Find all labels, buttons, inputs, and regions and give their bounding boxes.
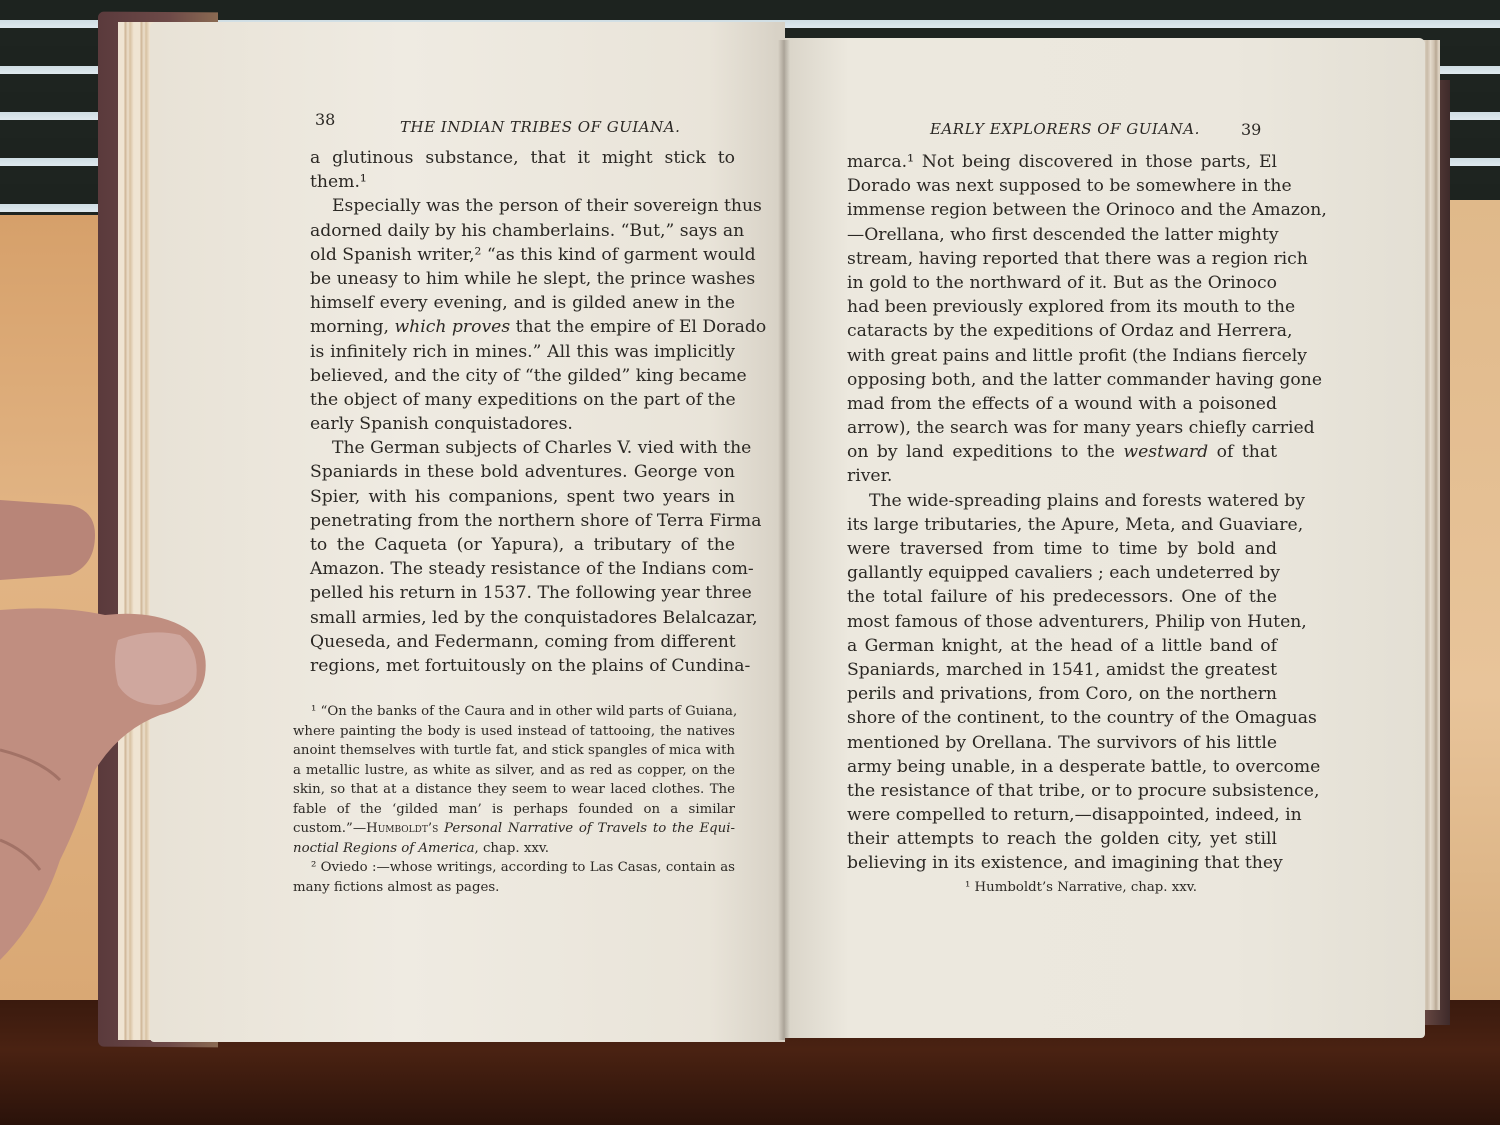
book-title: Personal Narrative of Travels to the Equ… [438,821,735,836]
italic-text: which proves [394,317,510,337]
hand-holding-book [0,500,215,960]
text-line: on by land expeditions to the westward o… [847,440,1277,464]
footnote-line: ² Oviedo :—whose writings, according to … [293,858,735,878]
text-line: regions, met fortuitously on the plains … [310,654,735,678]
text-line: morning, which proves that the empire of… [310,315,735,339]
text-line: had been previously explored from its mo… [847,295,1277,319]
text-line: with great pains and little profit (the … [847,344,1277,368]
running-head-title: EARLY EXPLORERS OF GUIANA. [930,120,1200,138]
text-line: —Orellana, who first descended the latte… [847,223,1277,247]
footnote-line: skin, so that at a distance they seem to… [293,780,735,800]
text-line: to the Caqueta (or Yapura), a tributary … [310,533,735,557]
text-line: penetrating from the northern shore of T… [310,509,735,533]
page-number-right: 39 [1241,120,1261,139]
author-name: Humboldt’s [366,821,438,836]
text-line: the total failure of his predecessors. O… [847,585,1277,609]
footnote-line: ¹ Humboldt’s Narrative, chap. xxv. [965,878,1265,898]
text-line: immense region between the Orinoco and t… [847,198,1277,222]
text-line: Spaniards, marched in 1541, amidst the g… [847,658,1277,682]
text-line: The German subjects of Charles V. vied w… [310,436,735,460]
text-line: The wide-spreading plains and forests wa… [847,489,1277,513]
footnotes-right: ¹ Humboldt’s Narrative, chap. xxv. [965,878,1265,898]
text-span: , chap. xxv. [475,841,550,856]
text-line: them.¹ [310,170,735,194]
text-line: river. [847,464,1277,488]
text-line: most famous of those adventurers, Philip… [847,610,1277,634]
body-text-right: marca.¹ Not being discovered in those pa… [847,150,1277,876]
text-line: small armies, led by the conquistadores … [310,606,735,630]
text-line: mentioned by Orellana. The survivors of … [847,731,1277,755]
text-line: arrow), the search was for many years ch… [847,416,1277,440]
text-line: were traversed from time to time by bold… [847,537,1277,561]
text-line: Amazon. The steady resistance of the Ind… [310,557,735,581]
right-page: EARLY EXPLORERS OF GUIANA. 39 marca.¹ No… [785,38,1425,1038]
book-title: noctial Regions of America [293,841,475,856]
text-line: the resistance of that tribe, or to proc… [847,779,1277,803]
text-span: that the empire of El Dorado [510,317,766,337]
running-head-left: THE INDIAN TRIBES OF GUIANA. [400,118,680,136]
footnote-line: ¹ “On the banks of the Caura and in othe… [293,702,735,722]
text-line: believing in its existence, and imaginin… [847,851,1277,875]
text-line: Especially was the person of their sover… [310,194,735,218]
running-head-right: EARLY EXPLORERS OF GUIANA. [930,120,1200,138]
text-line: himself every evening, and is gilded ane… [310,291,735,315]
text-line: marca.¹ Not being discovered in those pa… [847,150,1277,174]
left-page: 38 THE INDIAN TRIBES OF GUIANA. a glutin… [150,22,785,1042]
body-text-left: a glutinous substance, that it might sti… [310,146,735,678]
footnote-line: anoint themselves with turtle fat, and s… [293,741,735,761]
footnote-line: fable of the ‘gilded man’ is perhaps fou… [293,800,735,820]
text-line: cataracts by the expeditions of Ordaz an… [847,319,1277,343]
text-line: the object of many expeditions on the pa… [310,388,735,412]
text-line: Queseda, and Federmann, coming from diff… [310,630,735,654]
text-line: were compelled to return,—disappointed, … [847,803,1277,827]
footnotes-left: ¹ “On the banks of the Caura and in othe… [293,702,735,897]
text-line: gallantly equipped cavaliers ; each unde… [847,561,1277,585]
text-span: of that [1208,442,1277,462]
text-line: Spier, with his companions, spent two ye… [310,485,735,509]
text-line: stream, having reported that there was a… [847,247,1277,271]
text-line: opposing both, and the latter commander … [847,368,1277,392]
text-line: its large tributaries, the Apure, Meta, … [847,513,1277,537]
italic-text: westward [1123,442,1208,462]
text-line: a German knight, at the head of a little… [847,634,1277,658]
text-line: perils and privations, from Coro, on the… [847,682,1277,706]
footnote-line: a metallic lustre, as white as silver, a… [293,761,735,781]
text-line: old Spanish writer,² “as this kind of ga… [310,243,735,267]
text-line: believed, and the city of “the gilded” k… [310,364,735,388]
text-line: pelled his return in 1537. The following… [310,581,735,605]
footnote-line: custom.”—Humboldt’s Personal Narrative o… [293,819,735,839]
text-span: on by land expeditions to the [847,442,1123,462]
text-line: be uneasy to him while he slept, the pri… [310,267,735,291]
text-line: shore of the continent, to the country o… [847,706,1277,730]
footnote-line: noctial Regions of America, chap. xxv. [293,839,735,859]
footnote-line: where painting the body is used instead … [293,722,735,742]
text-line: their attempts to reach the golden city,… [847,827,1277,851]
text-line: Spaniards in these bold adventures. Geor… [310,460,735,484]
text-line: is infinitely rich in mines.” All this w… [310,340,735,364]
footnote-line: many fictions almost as pages. [293,878,735,898]
running-head-title: THE INDIAN TRIBES OF GUIANA. [400,118,680,136]
text-line: mad from the effects of a wound with a p… [847,392,1277,416]
text-span: morning, [310,317,394,337]
book-gutter [778,40,790,1040]
text-line: a glutinous substance, that it might sti… [310,146,735,170]
text-line: army being unable, in a desperate battle… [847,755,1277,779]
text-line: Dorado was next supposed to be somewhere… [847,174,1277,198]
text-line: early Spanish conquistadores. [310,412,735,436]
text-span: custom.”— [293,821,366,836]
text-line: in gold to the northward of it. But as t… [847,271,1277,295]
page-number-left: 38 [315,110,335,129]
text-line: adorned daily by his chamberlains. “But,… [310,219,735,243]
